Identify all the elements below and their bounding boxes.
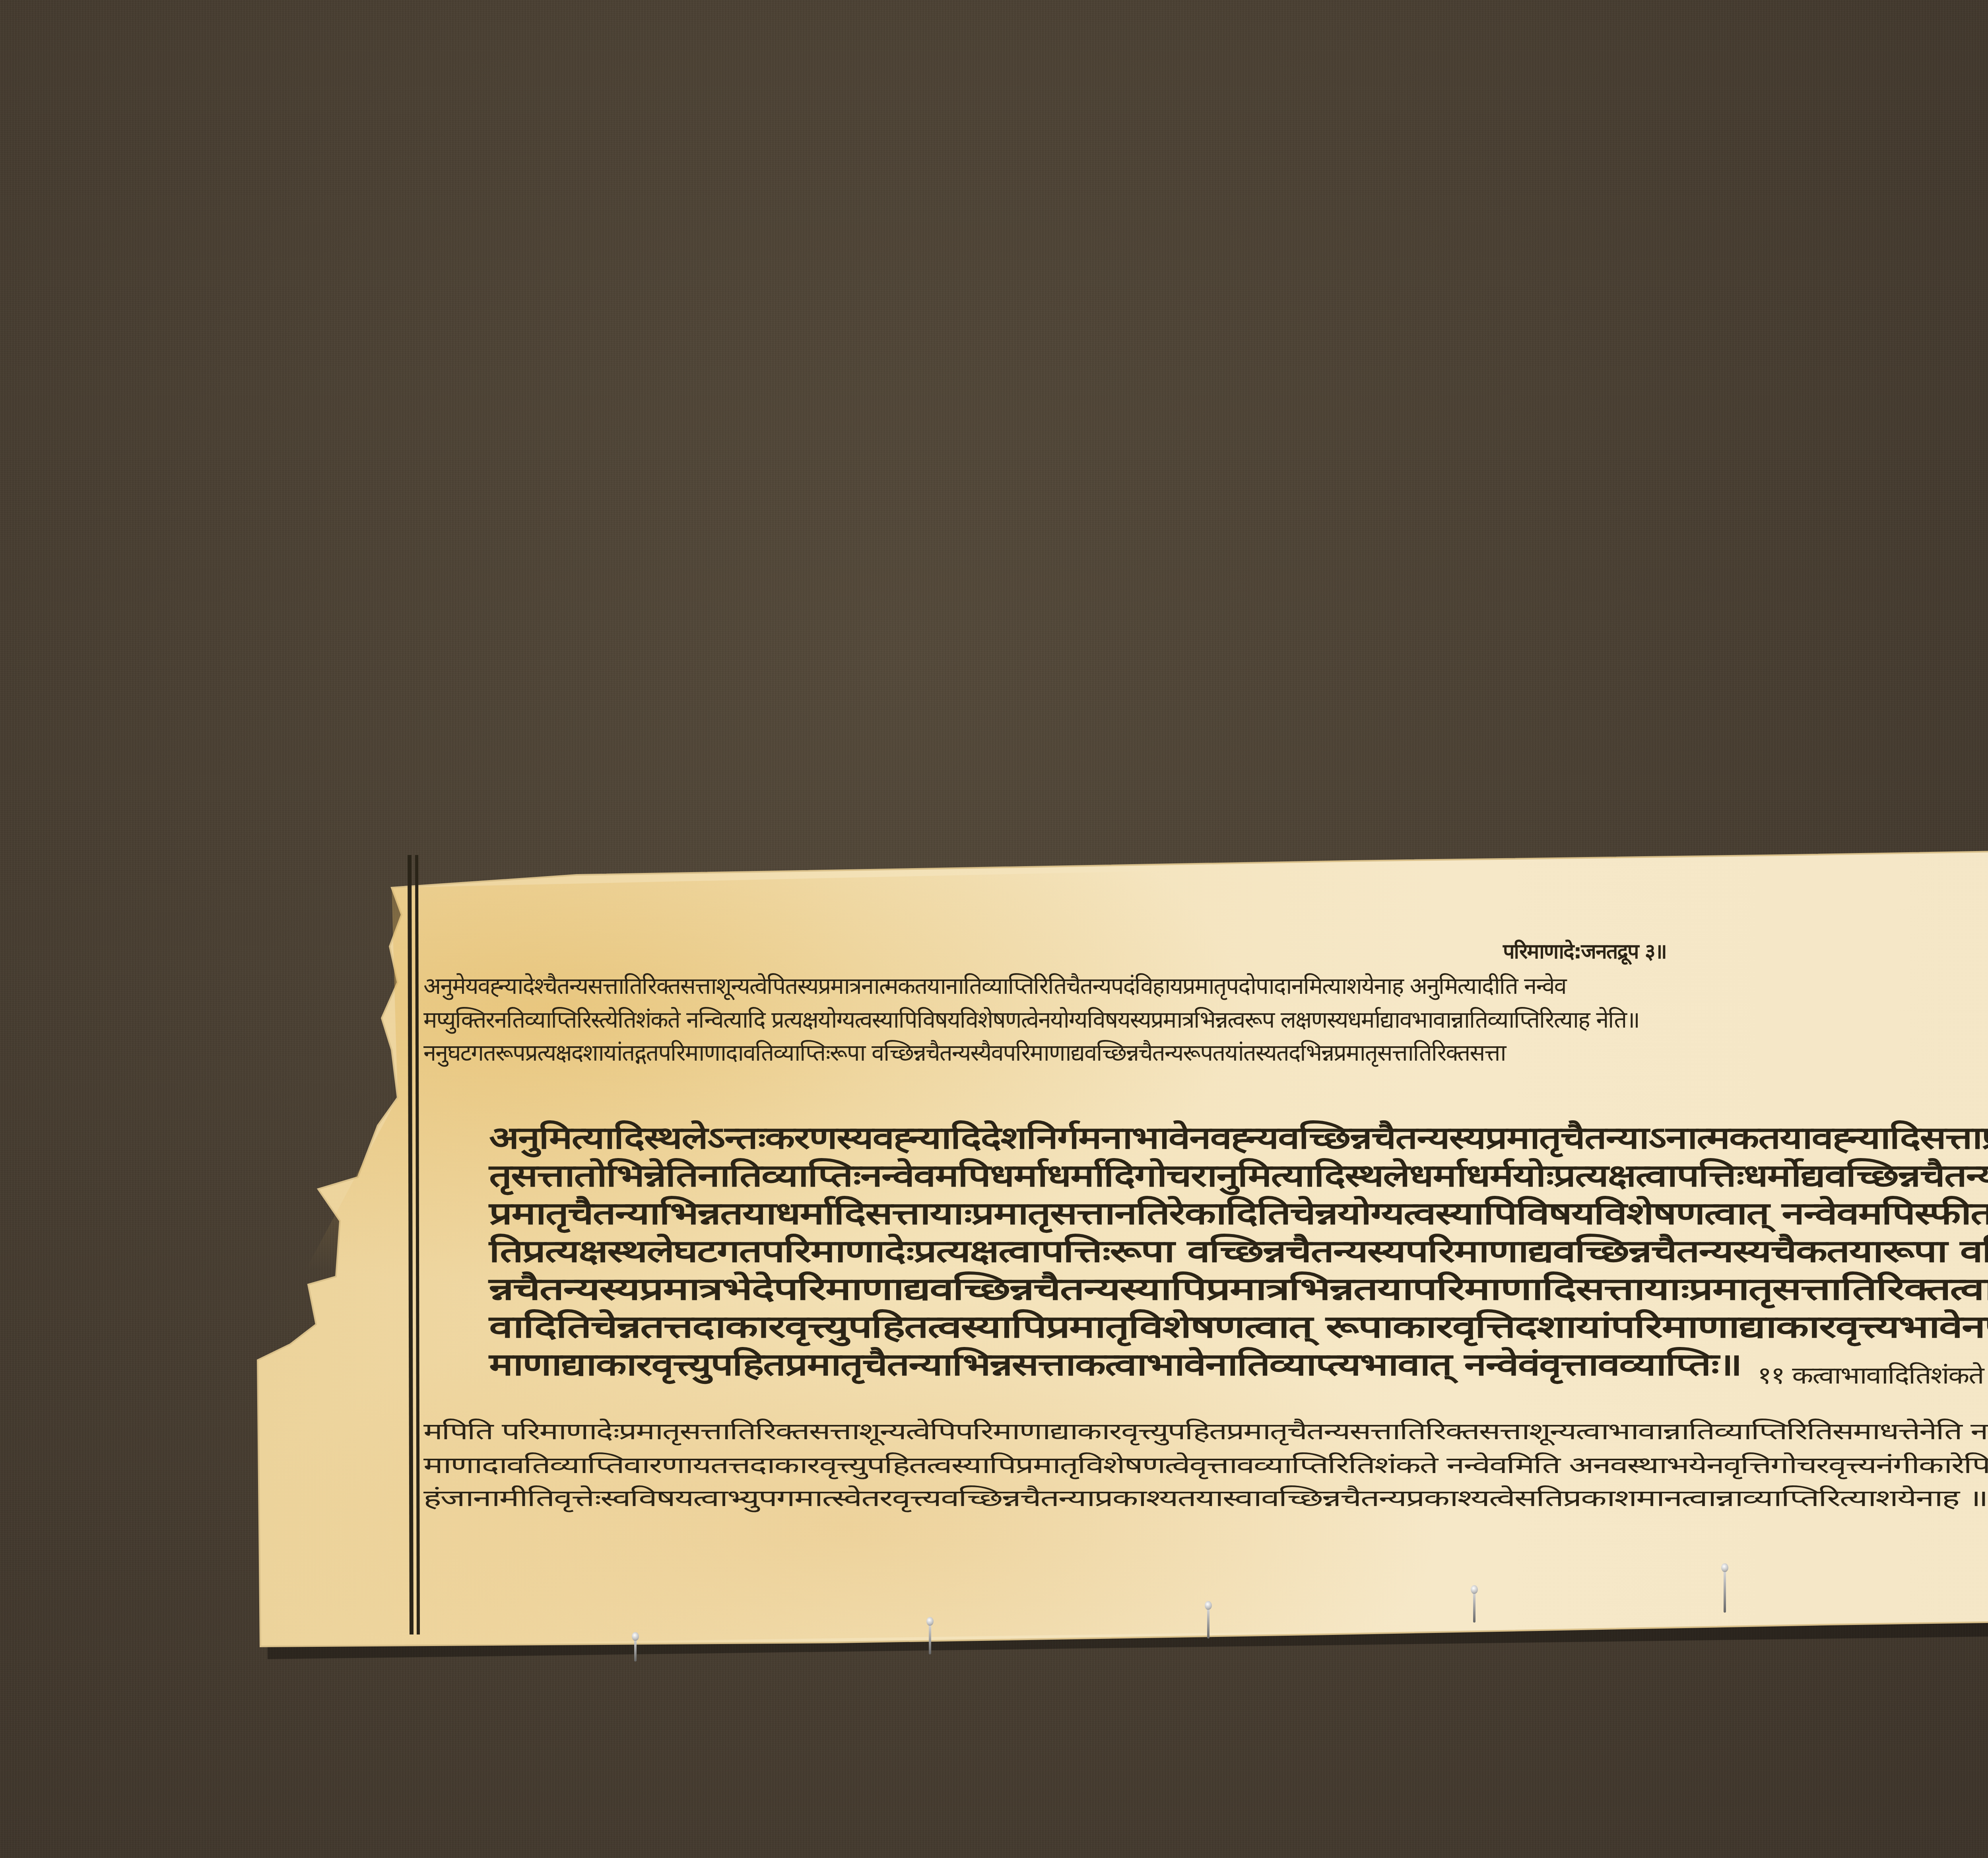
commentary-bottom-line-2: माणादावतिव्याप्तिवारणायतत्तदाकारवृत्त्यु… bbox=[423, 1450, 1988, 1481]
commentary-top-line-2: मप्युक्तिरनतिव्याप्तिरिस्त्येतिशंकते नन्… bbox=[423, 1004, 1988, 1035]
commentary-top-line-3: ननुघटगतरूपप्रत्यक्षदशायांतद्गतपरिमाणादाव… bbox=[423, 1037, 1988, 1068]
manuscript-folio: परिमाणादे:जनतद्रूप ३॥ अनुमेयवह्न्यादेश्च… bbox=[0, 0, 1988, 1858]
commentary-top-line-1: अनुमेयवह्न्यादेश्चैतन्यसत्तातिरिक्तसत्ता… bbox=[423, 970, 1988, 1001]
commentary-bottom-line-3: हंजानामीतिवृत्तेःस्वविषयत्वाभ्युपगमात्स्… bbox=[423, 1483, 1988, 1514]
main-inline-note: ११ कत्वाभावादितिशंकते नन्वेव bbox=[1757, 1360, 1988, 1391]
pin-icon bbox=[1473, 1591, 1475, 1623]
pin-icon bbox=[1207, 1607, 1209, 1638]
main-text-line-6: वादितिचेन्नतत्तदाकारवृत्त्युपहितत्वस्याप… bbox=[489, 1306, 1988, 1348]
main-text-line-4: तिप्रत्यक्षस्थलेघटगतपरिमाणादेःप्रत्यक्षत… bbox=[489, 1231, 1988, 1272]
pin-icon bbox=[1724, 1569, 1726, 1613]
pin-icon bbox=[929, 1623, 931, 1654]
paper-shape bbox=[0, 0, 1988, 1858]
main-text-line-3: प्रमातृचैतन्याभिन्नतयाधर्मादिसत्तायाःप्र… bbox=[489, 1193, 1988, 1234]
main-text-line-5: न्नचैतन्यस्यप्रमात्रभेदेपरिमाणाद्यवच्छिन… bbox=[489, 1269, 1988, 1310]
main-text-line-7: माणाद्याकारवृत्त्युपहितप्रमातृचैतन्याभिन… bbox=[489, 1344, 1741, 1386]
main-text-line-2: तृसत्तातोभिन्नेतिनातिव्याप्तिःनन्वेवमपिध… bbox=[489, 1155, 1988, 1197]
main-text-line-1: अनुमित्यादिस्थलेऽन्तःकरणस्यवह्न्यादिदेशन… bbox=[489, 1118, 1988, 1159]
folio-header: परिमाणादे:जनतद्रूप ३॥ bbox=[1503, 937, 1666, 965]
commentary-bottom-line-1: मपिति परिमाणादेःप्रमातृसत्तातिरिक्तसत्ता… bbox=[423, 1416, 1988, 1447]
pin-icon bbox=[634, 1638, 637, 1662]
